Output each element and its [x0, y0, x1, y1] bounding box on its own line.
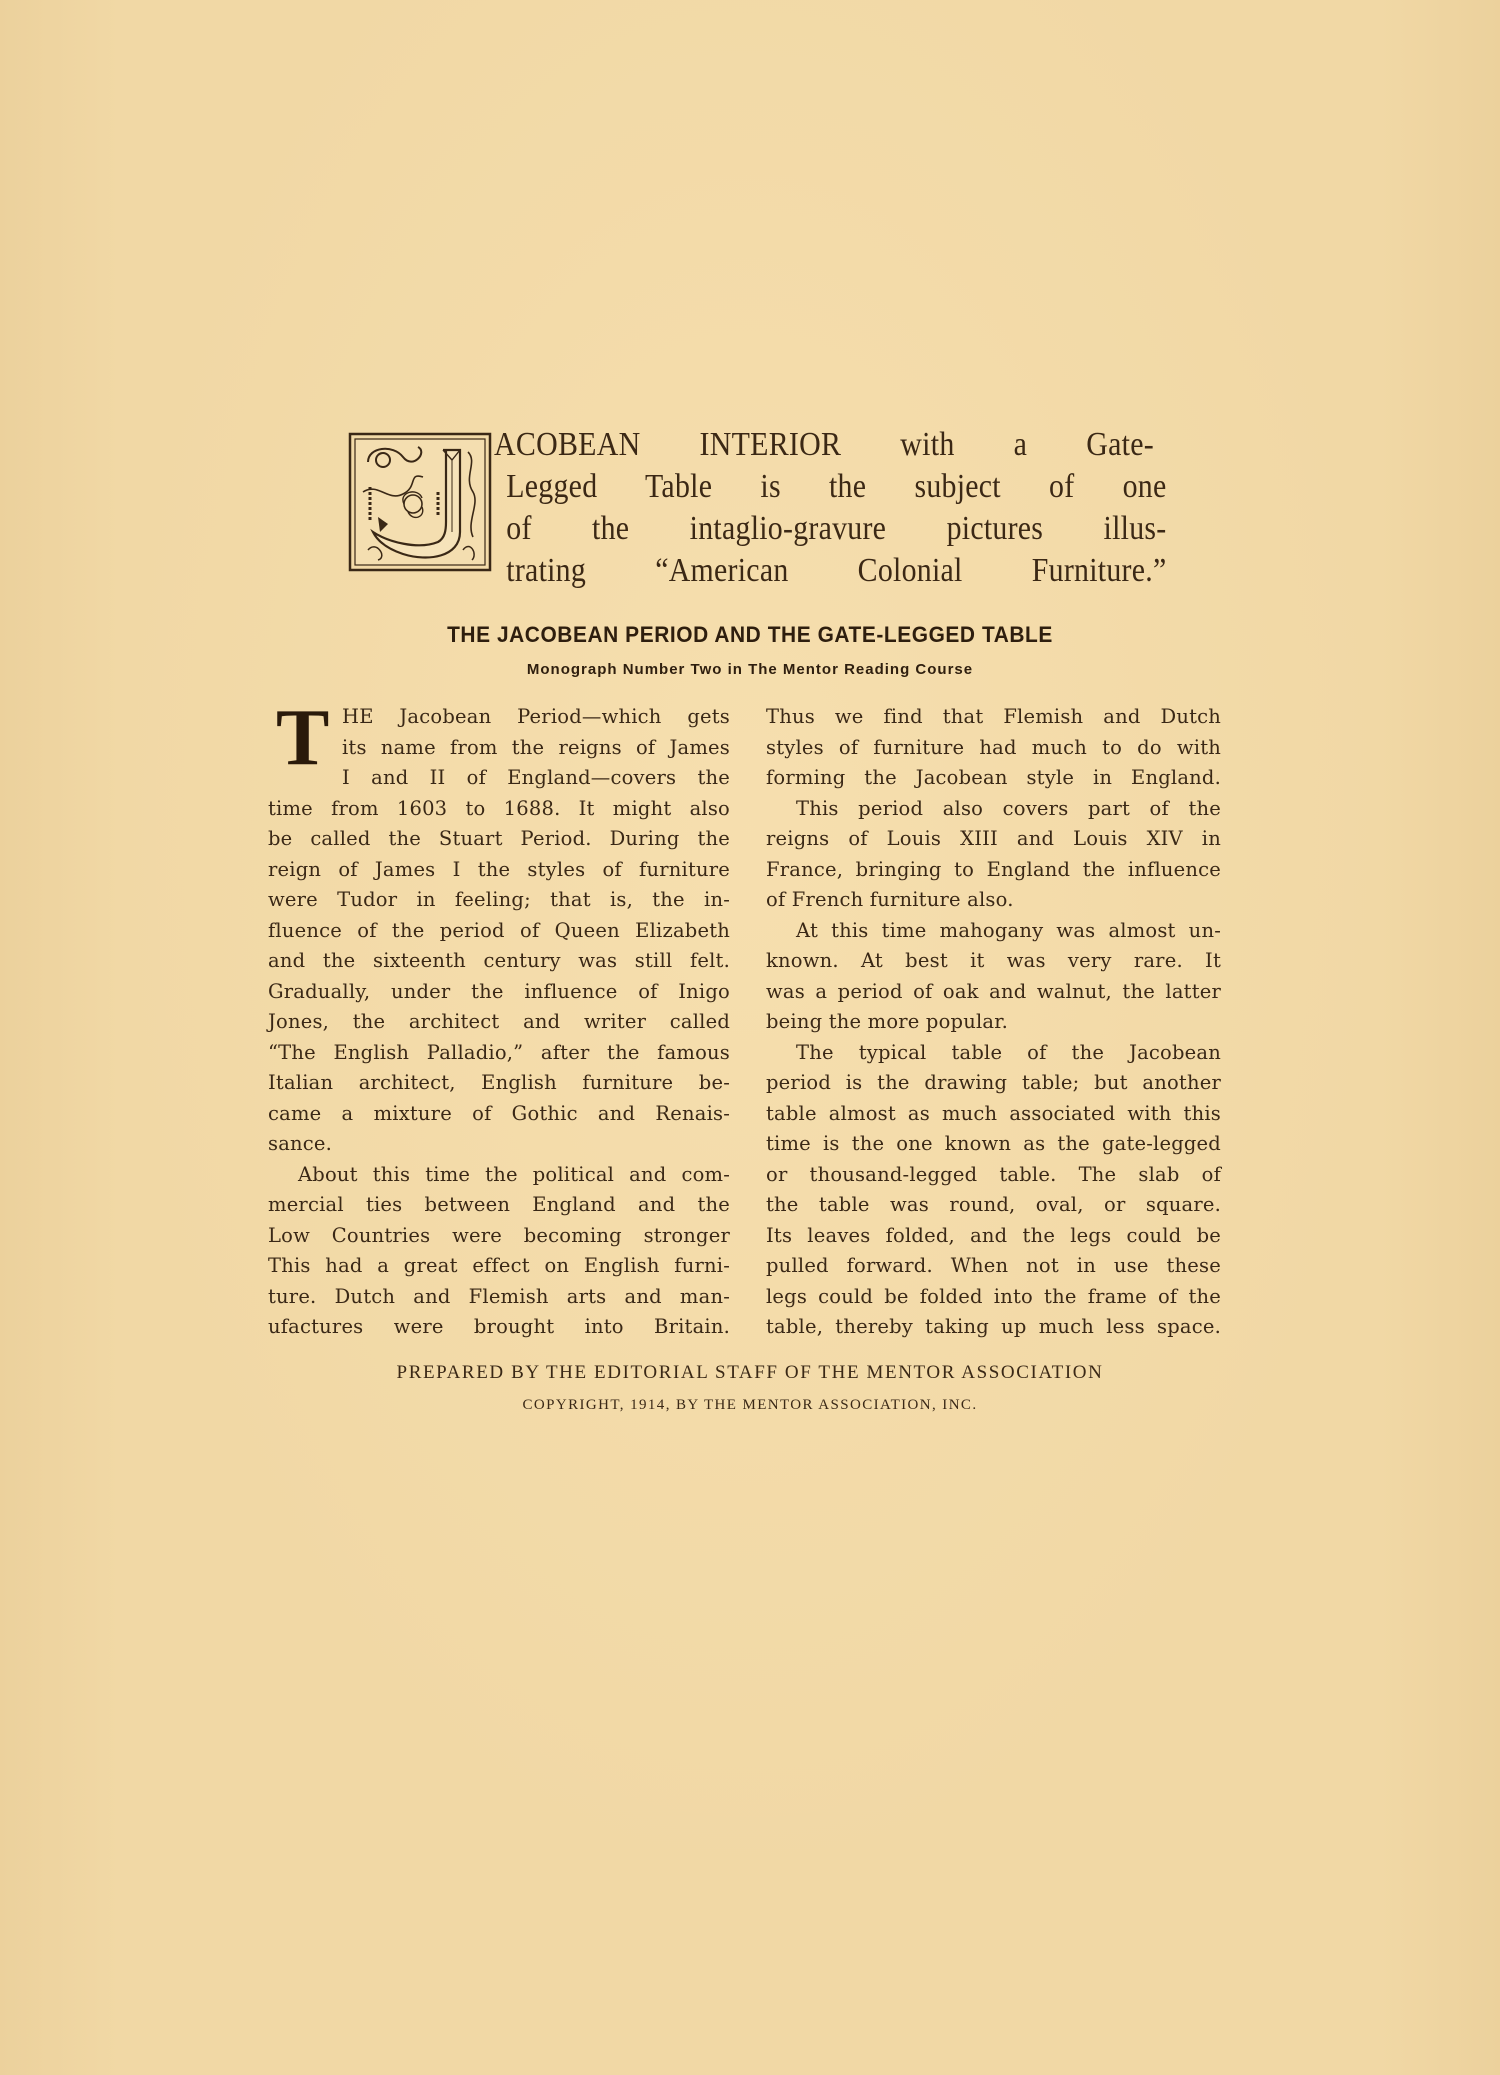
text-line: pulled forward. When not in use these	[766, 1251, 1221, 1282]
text-line: Thus we find that Flemish and Dutch	[766, 702, 1221, 733]
text-line: its name from the reigns of James	[268, 733, 730, 764]
text-line: ture. Dutch and Flemish arts and man-	[268, 1282, 730, 1313]
text-line: were Tudor in feeling; that is, the in-	[268, 885, 730, 916]
text-line: table almost as much associated with thi…	[766, 1099, 1221, 1130]
text-line: reigns of Louis XIII and Louis XIV in	[766, 824, 1221, 855]
intro-line: Legged Table is the subject of one	[494, 466, 1166, 508]
text-line: time from 1603 to 1688. It might also	[268, 794, 730, 825]
ornamental-initial-j-icon	[348, 432, 492, 572]
document-page: ACOBEAN INTERIOR with a Gate- Legged Tab…	[0, 0, 1500, 2075]
text-line: Its leaves folded, and the legs could be	[766, 1221, 1221, 1252]
text-line: HE Jacobean Period—which gets	[268, 702, 730, 733]
left-column: T HE Jacobean Period—which gets its name…	[268, 702, 730, 1343]
text-line: fluence of the period of Queen Elizabeth	[268, 916, 730, 947]
text-line: of French furniture also.	[766, 885, 1221, 916]
text-line: Gradually, under the influence of Inigo	[268, 977, 730, 1008]
text-line: I and II of England—covers the	[268, 763, 730, 794]
text-line: or thousand-legged table. The slab of	[766, 1160, 1221, 1191]
intro-block: ACOBEAN INTERIOR with a Gate- Legged Tab…	[348, 424, 1153, 584]
text-line: styles of furniture had much to do with	[766, 733, 1221, 764]
text-line: time is the one known as the gate-legged	[766, 1129, 1221, 1160]
intro-text: ACOBEAN INTERIOR with a Gate- Legged Tab…	[494, 424, 1154, 592]
text-line: Jones, the architect and writer called	[268, 1007, 730, 1038]
article-title: THE JACOBEAN PERIOD AND THE GATE-LEGGED …	[275, 622, 1225, 648]
text-line: mercial ties between England and the	[268, 1190, 730, 1221]
text-line: table, thereby taking up much less space…	[766, 1312, 1221, 1343]
text-line: Low Countries were becoming stronger	[268, 1221, 730, 1252]
text-line: About this time the political and com-	[268, 1160, 730, 1191]
copyright-notice: COPYRIGHT, 1914, BY THE MENTOR ASSOCIATI…	[250, 1397, 1250, 1414]
prepared-by-credit: PREPARED BY THE EDITORIAL STAFF OF THE M…	[250, 1362, 1250, 1384]
text-line: legs could be folded into the frame of t…	[766, 1282, 1221, 1313]
text-line: At this time mahogany was almost un-	[766, 916, 1221, 947]
text-line: and the sixteenth century was still felt…	[268, 946, 730, 977]
text-line: period is the drawing table; but another	[766, 1068, 1221, 1099]
text-line: forming the Jacobean style in England.	[766, 763, 1221, 794]
article-subtitle: Monograph Number Two in The Mentor Readi…	[250, 661, 1250, 678]
text-line: be called the Stuart Period. During the	[268, 824, 730, 855]
drop-cap: T	[276, 706, 329, 766]
text-line: came a mixture of Gothic and Renais-	[268, 1099, 730, 1130]
intro-line: of the intaglio-gravure pictures illus-	[494, 508, 1166, 550]
text-line: ufactures were brought into Britain.	[268, 1312, 730, 1343]
text-line: This period also covers part of the	[766, 794, 1221, 825]
text-line: Italian architect, English furniture be-	[268, 1068, 730, 1099]
intro-line: ACOBEAN INTERIOR with a Gate-	[494, 424, 1154, 466]
text-line: known. At best it was very rare. It	[766, 946, 1221, 977]
intro-line: trating “American Colonial Furniture.”	[494, 550, 1166, 592]
text-line: sance.	[268, 1129, 730, 1160]
text-line: reign of James I the styles of furniture	[268, 855, 730, 886]
text-line: France, bringing to England the influenc…	[766, 855, 1221, 886]
text-line: was a period of oak and walnut, the latt…	[766, 977, 1221, 1008]
text-line: “The English Palladio,” after the famous	[268, 1038, 730, 1069]
text-line: The typical table of the Jacobean	[766, 1038, 1221, 1069]
right-column: Thus we find that Flemish and Dutch styl…	[766, 702, 1221, 1343]
text-line: the table was round, oval, or square.	[766, 1190, 1221, 1221]
text-line: This had a great effect on English furni…	[268, 1251, 730, 1282]
text-line: being the more popular.	[766, 1007, 1221, 1038]
